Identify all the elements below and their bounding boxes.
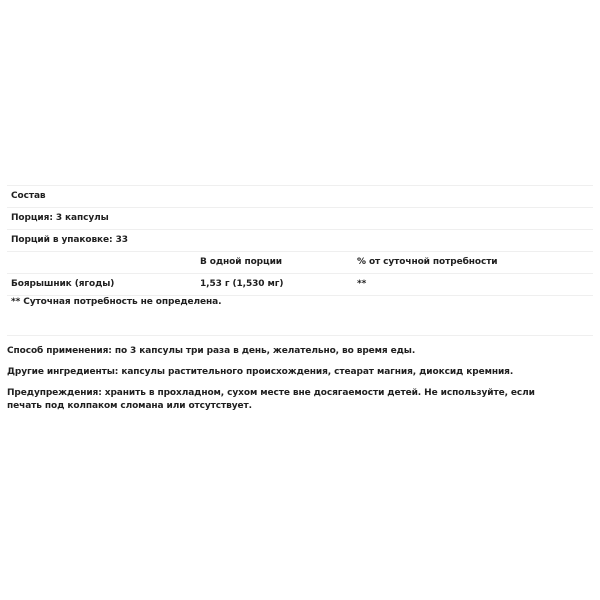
serving-size: Порция: 3 капсулы: [11, 208, 109, 229]
header-daily-value: % от суточной потребности: [357, 252, 498, 273]
servings-per-container: Порций в упаковке: 33: [11, 230, 128, 251]
ingredient-daily-value: **: [357, 274, 366, 295]
table-title: Состав: [11, 186, 46, 207]
table-row-title: Состав: [7, 186, 593, 208]
header-per-serving: В одной порции: [200, 252, 282, 273]
section-divider: [7, 335, 593, 336]
warnings: Предупреждения: хранить в прохладном, су…: [7, 387, 547, 413]
table-header-row: В одной порции % от суточной потребности: [7, 252, 593, 274]
usage-instructions: Способ применения: по 3 капсулы три раза…: [7, 345, 593, 358]
supplement-facts-table: Состав Порция: 3 капсулы Порций в упаков…: [7, 185, 593, 296]
table-row-serving-size: Порция: 3 капсулы: [7, 208, 593, 230]
other-ingredients: Другие ингредиенты: капсулы растительног…: [7, 366, 593, 379]
daily-value-footnote: ** Суточная потребность не определена.: [11, 292, 221, 313]
table-row-servings-per-container: Порций в упаковке: 33: [7, 230, 593, 252]
